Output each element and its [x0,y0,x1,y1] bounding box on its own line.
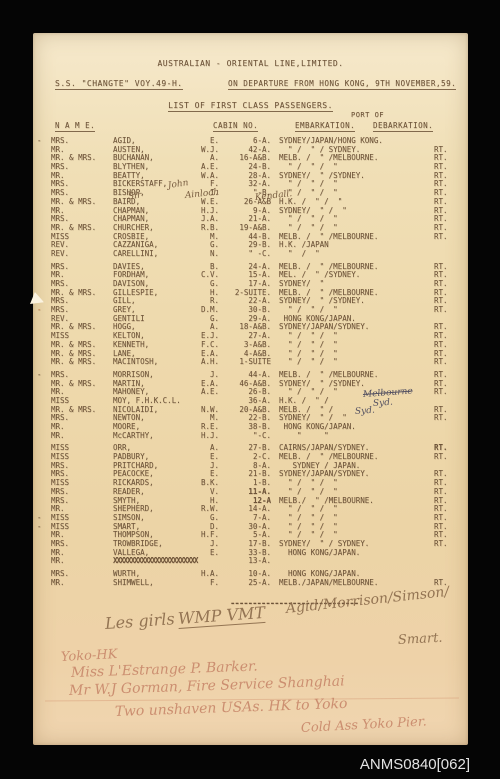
margin-mark [37,470,51,479]
embark-debark-route [279,557,434,566]
passenger-surname: MACINTOSH, [113,358,187,367]
passenger-surname: SHIMWELL, [113,579,187,588]
margin-mark [37,557,51,566]
margin-mark: - [37,137,51,146]
departure-label: ON DEPARTURE FROM HONG KONG, 9TH NOVEMBE… [228,79,456,90]
cabin-number: "-C. [223,432,279,441]
embark-debark-route: " / " / " [279,358,434,367]
return-trip-flag: RT. [434,453,460,462]
return-trip-flag [434,432,460,441]
passenger-surname: CARELLINI, [113,250,187,259]
return-trip-flag [434,250,460,259]
margin-mark [37,453,51,462]
return-trip-flag [434,423,460,432]
handwritten-note: Syd. [373,398,394,409]
passenger-title: MR. [51,432,113,441]
margin-mark [37,479,51,488]
column-header-name: N A M E. [55,121,95,132]
handwritten-note: Syd. [355,406,376,417]
scanned-passenger-list: AUSTRALIAN - ORIENTAL LINE,LIMITED. S.S.… [33,33,468,745]
table-row: MISS ORR, A. 27-B. CAIRNS/JAPAN/SYDNEY. … [37,444,464,453]
margin-mark [37,189,51,198]
margin-mark [37,250,51,259]
margin-mark [37,406,51,415]
margin-mark [37,397,51,406]
table-row: MR. & MRS. MACINTOSH, A.H. 1-SUITE " / "… [37,358,464,367]
passenger-initials: N. [187,250,223,259]
passenger-surname: McCARTHY, [113,432,187,441]
margin-mark: - [37,523,51,532]
margin-mark [37,531,51,540]
margin-mark [37,315,51,324]
margin-mark [37,289,51,298]
margin-mark [37,380,51,389]
margin-mark [37,163,51,172]
embark-debark-route: HONG KONG/JAPAN. [279,549,434,558]
margin-mark [37,263,51,272]
passenger-title: REV. [51,250,113,259]
margin-mark [37,423,51,432]
handwritten-note: WMP VMT [177,603,265,629]
margin-mark [37,198,51,207]
handwritten-note: Yoko-HK [61,647,118,665]
margin-mark [37,497,51,506]
table-row: - MISS SMART, D. 30-A. " / " / " RT. [37,523,464,532]
margin-mark [37,444,51,453]
passenger-surname: XXXXXXXXXXXXXXXXXXXXXXXX [113,557,187,566]
margin-mark [37,350,51,359]
margin-mark [37,414,51,423]
margin-mark [37,358,51,367]
margin-mark [37,341,51,350]
embark-debark-route: " " [279,432,434,441]
handwritten-note: Les girls [104,609,175,633]
archive-reference-label: ANMS0840[062] [360,756,470,773]
passenger-initials [187,557,223,566]
passenger-initials: F. [187,579,223,588]
cabin-number: 13-A. [223,557,279,566]
column-header-cabin: CABIN NO. [213,121,258,132]
table-row: MR. McCARTHY, H.J. "-C. " " [37,432,464,441]
handwritten-note: Smart. [398,631,443,648]
cabin-number: 25-A. [223,579,279,588]
margin-mark [37,388,51,397]
embark-debark-route: MELB./JAPAN/MELBOURNE. [279,579,434,588]
margin-mark [37,488,51,497]
list-title: LIST OF FIRST CLASS PASSENGERS. [33,101,468,110]
return-trip-flag: RT. [434,540,460,549]
table-row: MRS. PEACOCKE, E. 21-B. SYDNEY/JAPAN/SYD… [37,470,464,479]
margin-mark [37,233,51,242]
cabin-number: " -C. [223,250,279,259]
margin-mark [37,332,51,341]
cabin-number: 1-SUITE [223,358,279,367]
return-trip-flag [434,241,460,250]
margin-mark [37,579,51,588]
passenger-initials: A.E. [187,388,223,397]
table-row: MR. SHIMWELL, F. 25-A. MELB./JAPAN/MELBO… [37,579,464,588]
column-header-embarkation: EMBARKATION. [295,121,355,132]
passenger-title: MR. [51,579,113,588]
ship-voyage-label: S.S. "CHANGTE" VOY.49-H. [55,79,183,90]
margin-mark [37,323,51,332]
margin-mark [37,570,51,579]
return-trip-flag [434,549,460,558]
margin-mark [37,224,51,233]
table-row: MISS PADBURY, E. 2-C. MELB. / " /MELBOUR… [37,453,464,462]
handwritten-note: Agid/Morrison/Simson/ [285,584,450,617]
column-header-debarkation: DEBARKATION. [373,121,433,132]
return-trip-flag: RT. [434,233,460,242]
margin-mark: - [37,371,51,380]
margin-mark [37,180,51,189]
handwritten-note: Cold Ass Yoko Pier. [301,714,428,736]
table-row: MRS. BICKERSTAFF, F. 32-A. " / " / " RT. [37,180,464,189]
return-trip-flag: RT. [434,306,460,315]
margin-mark [37,549,51,558]
margin-mark [37,172,51,181]
margin-mark [37,462,51,471]
table-row: MRS. READER, V. 11-A. " / " / " RT. [37,488,464,497]
table-row: MR. MOORE, R.E. 38-B. HONG KONG/JAPAN. [37,423,464,432]
table-row: REV. CARELLINI, N. " -C. " / " [37,250,464,259]
passenger-title: MR. [51,557,113,566]
table-row: MR. & MRS. BAIRD, W.E. 26-A&B H.K. / " /… [37,198,464,207]
margin-mark [37,207,51,216]
handwritten-note: Sir [127,191,141,202]
margin-mark [37,280,51,289]
margin-mark [37,241,51,250]
margin-mark [37,271,51,280]
return-trip-flag: RT. [434,358,460,367]
margin-mark [37,540,51,549]
port-of-label: PORT OF [351,111,384,119]
passenger-title: MR. & MRS. [51,358,113,367]
return-trip-flag: RT. [434,388,460,397]
company-title: AUSTRALIAN - ORIENTAL LINE,LIMITED. [33,59,468,68]
passenger-initials: A.H. [187,358,223,367]
table-row: MR. SHEPHERD, R.W. 14-A. " / " / " RT. [37,505,464,514]
margin-mark: - [37,306,51,315]
embark-debark-route: " / " [279,250,434,259]
margin-mark [37,432,51,441]
margin-mark [37,146,51,155]
table-row: MR. XXXXXXXXXXXXXXXXXXXXXXXX 13-A. [37,557,464,566]
passenger-initials: H.J. [187,432,223,441]
return-trip-flag [434,557,460,566]
margin-mark [37,154,51,163]
margin-mark [37,215,51,224]
passenger-rows: - MRS. AGID, E. 6-A. SYDNEY/JAPAN/HONG K… [37,137,464,587]
return-trip-flag: RT. [434,414,460,423]
